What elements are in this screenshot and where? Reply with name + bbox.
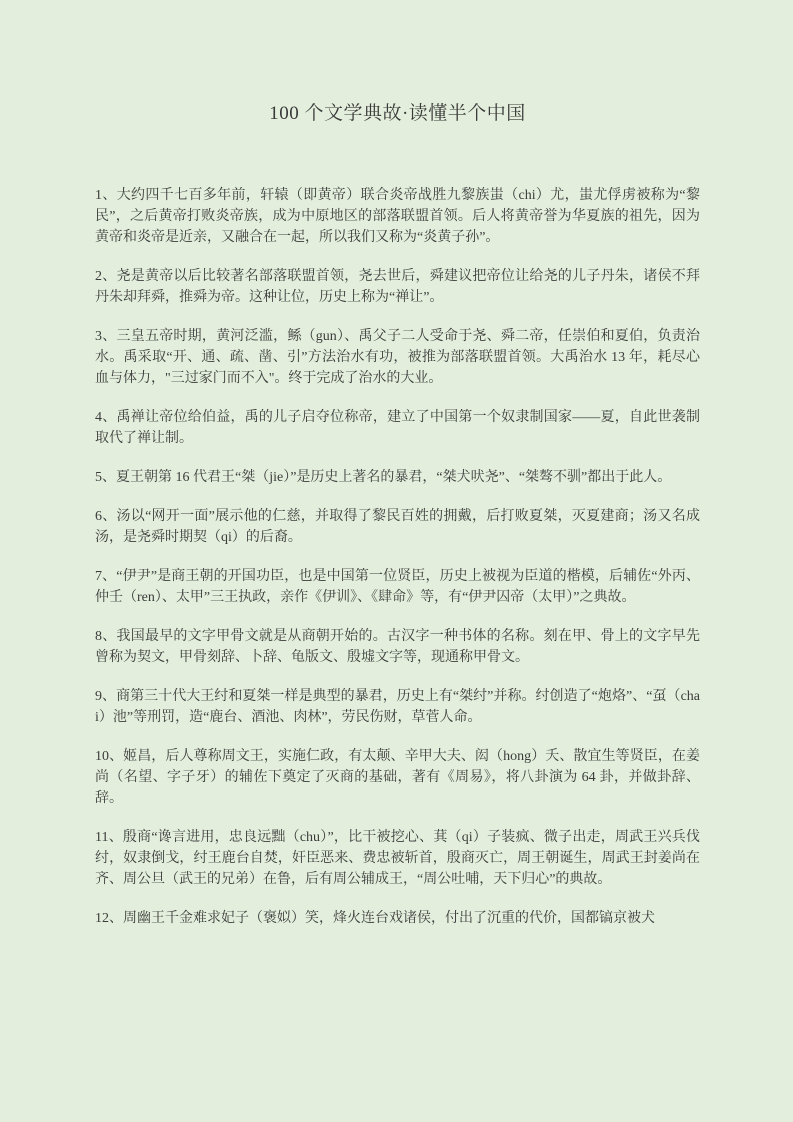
- paragraph-3: 3、三皇五帝时期，黄河泛滥，鲧（gun）、禹父子二人受命于尧、舜二帝，任崇伯和夏…: [95, 326, 700, 389]
- paragraph-12: 12、周幽王千金难求妃子（褒姒）笑，烽火连台戏诸侯，付出了沉重的代价，国都镐京被…: [95, 908, 700, 929]
- paragraph-6: 6、汤以“网开一面”展示他的仁慈，并取得了黎民百姓的拥戴，后打败夏桀，灭夏建商；…: [95, 506, 700, 548]
- paragraph-7: 7、“伊尹”是商王朝的开国功臣，也是中国第一位贤臣，历史上被视为臣道的楷模，后辅…: [95, 566, 700, 608]
- paragraph-1: 1、大约四千七百多年前，轩辕（即黄帝）联合炎帝战胜九黎族蚩（chi）尤，蚩尤俘虏…: [95, 185, 700, 248]
- paragraph-8: 8、我国最早的文字甲骨文就是从商朝开始的。古汉字一种书体的名称。刻在甲、骨上的文…: [95, 626, 700, 668]
- paragraph-2: 2、尧是黄帝以后比较著名部落联盟首领，尧去世后，舜建议把帝位让给尧的儿子丹朱，诸…: [95, 266, 700, 308]
- paragraph-9: 9、商第三十代大王纣和夏桀一样是典型的暴君，历史上有“桀纣”并称。纣创造了“炮烙…: [95, 686, 700, 728]
- document-title: 100 个文学典故·读懂半个中国: [95, 100, 700, 128]
- paragraph-4: 4、禹禅让帝位给伯益，禹的儿子启夺位称帝，建立了中国第一个奴隶制国家——夏，自此…: [95, 407, 700, 449]
- paragraph-10: 10、姬昌，后人尊称周文王，实施仁政，有太颠、辛甲大夫、闳（hong）夭、散宜生…: [95, 746, 700, 809]
- paragraph-5: 5、夏王朝第 16 代君王“桀（jie）”是历史上著名的暴君，“桀犬吠尧”、“桀…: [95, 467, 700, 488]
- document-body: 1、大约四千七百多年前，轩辕（即黄帝）联合炎帝战胜九黎族蚩（chi）尤，蚩尤俘虏…: [95, 185, 700, 929]
- document-page: 100 个文学典故·读懂半个中国 1、大约四千七百多年前，轩辕（即黄帝）联合炎帝…: [0, 0, 793, 1122]
- paragraph-11: 11、殷商“谗言进用，忠良远黜（chu）”，比干被挖心、萁（qi）子装疯、微子出…: [95, 827, 700, 890]
